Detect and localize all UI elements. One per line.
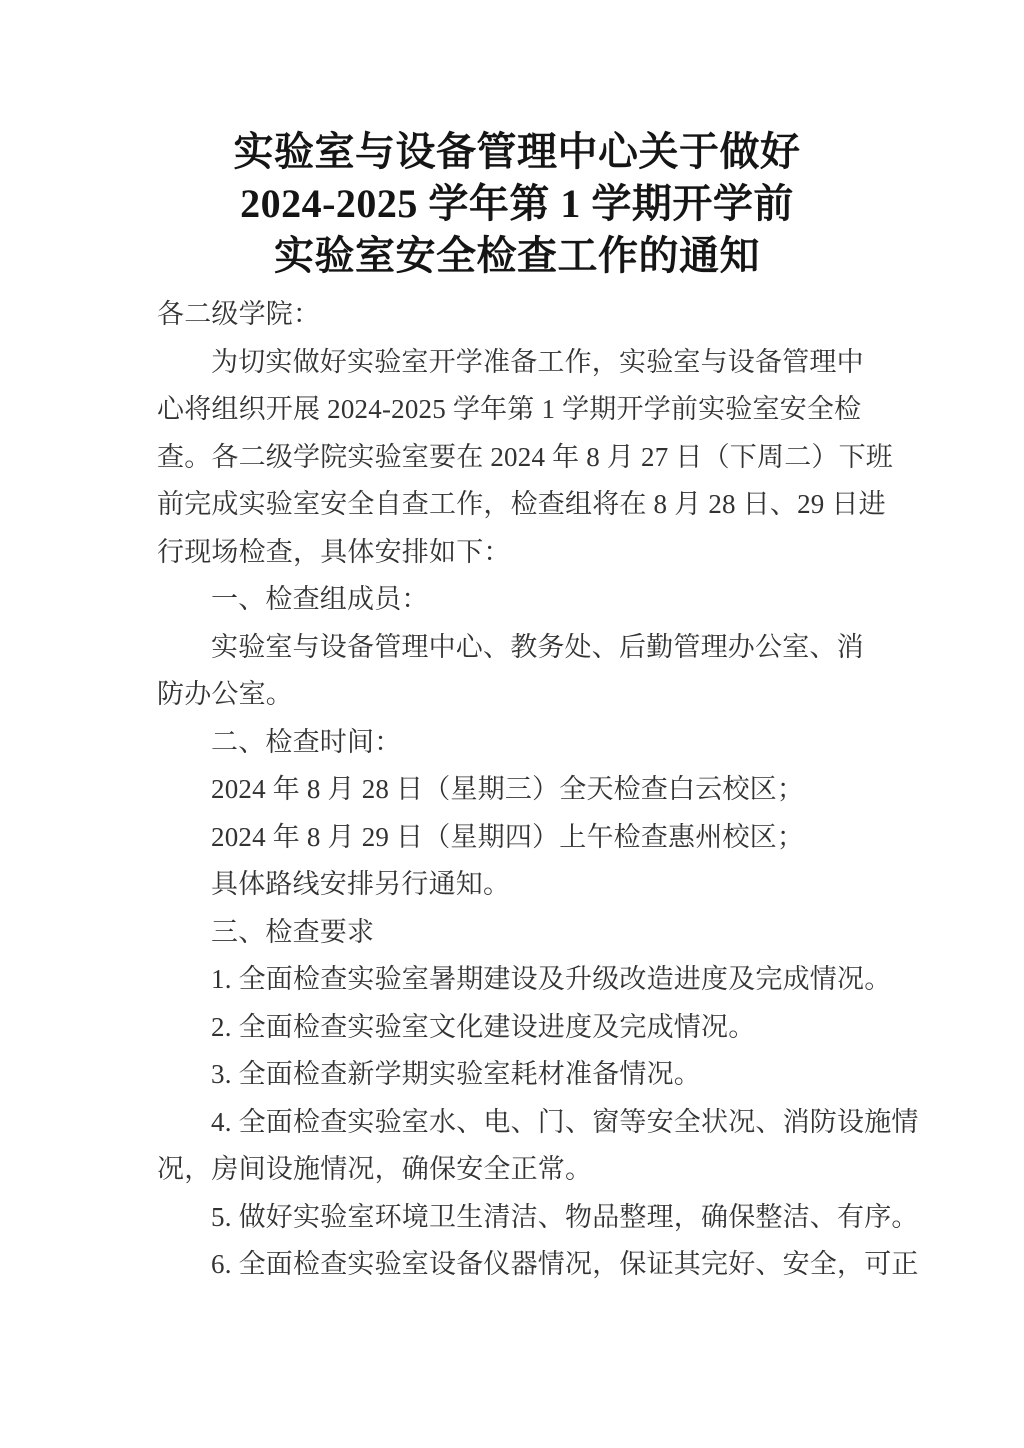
- requirement-1: 1. 全面检查实验室暑期建设及升级改造进度及完成情况。: [157, 956, 877, 1004]
- intro-line-4: 前完成实验室安全自查工作，检查组将在 8 月 28 日、29 日进: [157, 481, 877, 529]
- section-2-heading: 二、检查时间：: [157, 719, 877, 767]
- members-line-1: 实验室与设备管理中心、教务处、后勤管理办公室、消: [157, 624, 877, 672]
- notice-title-line-1: 实验室与设备管理中心关于做好: [157, 126, 877, 178]
- notice-body: 各二级学院：为切实做好实验室开学准备工作，实验室与设备管理中心将组织开展 202…: [157, 291, 877, 1289]
- requirement-4-line-1: 4. 全面检查实验室水、电、门、窗等安全状况、消防设施情: [157, 1099, 877, 1147]
- schedule-note: 具体路线安排另行通知。: [157, 861, 877, 909]
- salutation: 各二级学院：: [157, 291, 877, 339]
- members-line-2: 防办公室。: [157, 671, 877, 719]
- requirement-4-line-2: 况，房间设施情况，确保安全正常。: [157, 1146, 877, 1194]
- section-1-heading: 一、检查组成员：: [157, 576, 877, 624]
- section-3-heading: 三、检查要求: [157, 909, 877, 957]
- intro-line-1: 为切实做好实验室开学准备工作，实验室与设备管理中: [157, 339, 877, 387]
- notice-title-line-2: 2024-2025 学年第 1 学期开学前: [157, 178, 877, 230]
- notice-title-line-3: 实验室安全检查工作的通知: [157, 230, 877, 282]
- requirement-5: 5. 做好实验室环境卫生清洁、物品整理，确保整洁、有序。: [157, 1194, 877, 1242]
- document-content: 实验室与设备管理中心关于做好 2024-2025 学年第 1 学期开学前 实验室…: [157, 126, 877, 1289]
- intro-line-3: 查。各二级学院实验室要在 2024 年 8 月 27 日（下周二）下班: [157, 434, 877, 482]
- intro-line-2: 心将组织开展 2024-2025 学年第 1 学期开学前实验室安全检: [157, 386, 877, 434]
- notice-title: 实验室与设备管理中心关于做好 2024-2025 学年第 1 学期开学前 实验室…: [157, 126, 877, 282]
- schedule-line-1: 2024 年 8 月 28 日（星期三）全天检查白云校区；: [157, 766, 877, 814]
- requirement-2: 2. 全面检查实验室文化建设进度及完成情况。: [157, 1004, 877, 1052]
- document-page: 实验室与设备管理中心关于做好 2024-2025 学年第 1 学期开学前 实验室…: [0, 0, 1024, 1448]
- requirement-6: 6. 全面检查实验室设备仪器情况，保证其完好、安全，可正: [157, 1241, 877, 1289]
- intro-line-5: 行现场检查，具体安排如下：: [157, 529, 877, 577]
- schedule-line-2: 2024 年 8 月 29 日（星期四）上午检查惠州校区；: [157, 814, 877, 862]
- requirement-3: 3. 全面检查新学期实验室耗材准备情况。: [157, 1051, 877, 1099]
